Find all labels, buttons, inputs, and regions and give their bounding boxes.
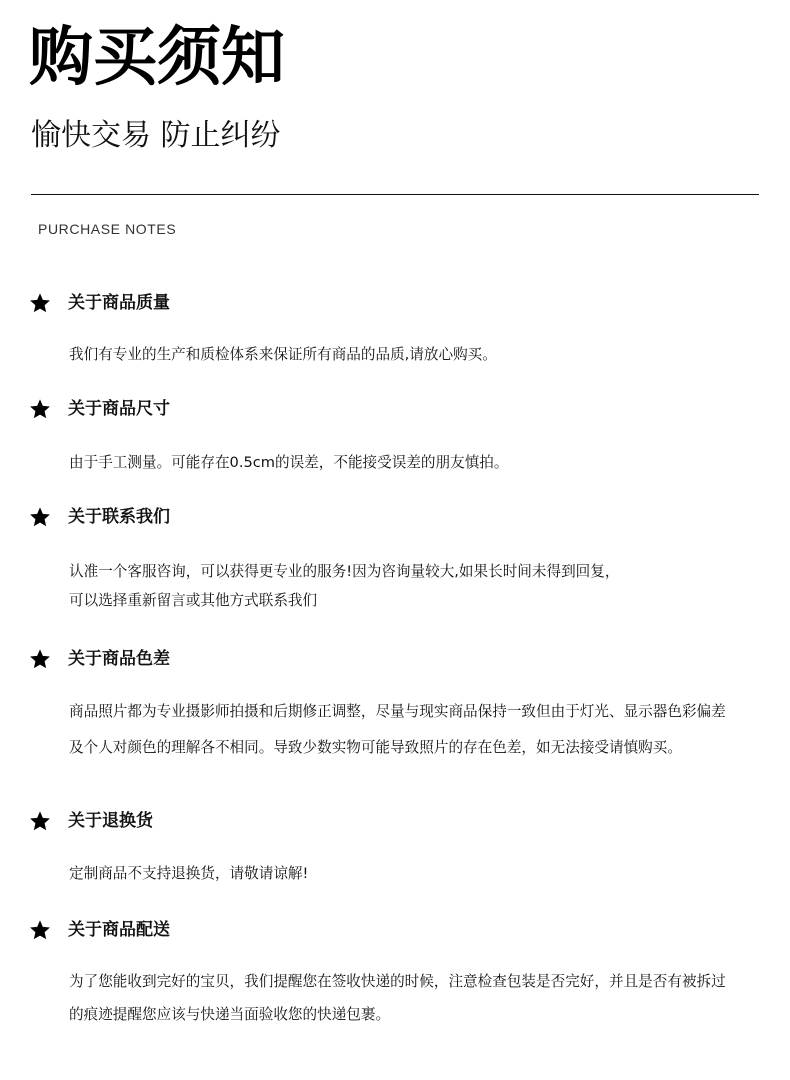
section-body-line: 由于手工测量。可能存在0.5cm的误差，不能接受误差的朋友慎拍。 (69, 453, 769, 473)
section-heading-returns: 关于退换货 (29, 808, 153, 834)
section-body-line: 可以选择重新留言或其他方式联系我们 (69, 591, 769, 611)
section-heading-contact: 关于联系我们 (29, 504, 170, 530)
header-divider (31, 194, 759, 195)
section-body-line: 的痕迹提醒您应该与快递当面验收您的快递包裹。 (69, 1005, 769, 1025)
star-icon (29, 810, 51, 832)
english-section-label: PURCHASE NOTES (38, 219, 176, 239)
star-icon (29, 919, 51, 941)
section-title: 关于商品色差 (68, 646, 170, 672)
section-heading-color: 关于商品色差 (29, 646, 170, 672)
star-icon (29, 398, 51, 420)
star-icon (29, 292, 51, 314)
section-body-line: 定制商品不支持退换货，请敬请谅解! (69, 864, 769, 884)
section-body-returns: 定制商品不支持退换货，请敬请谅解! (69, 864, 769, 884)
section-body-color: 商品照片都为专业摄影师拍摄和后期修正调整，尽量与现实商品保持一致但由于灯光、显示… (69, 702, 769, 758)
section-title: 关于商品质量 (68, 290, 170, 316)
section-body-size: 由于手工测量。可能存在0.5cm的误差，不能接受误差的朋友慎拍。 (69, 453, 769, 473)
section-heading-delivery: 关于商品配送 (29, 917, 170, 943)
section-title: 关于退换货 (68, 808, 153, 834)
section-body-line: 我们有专业的生产和质检体系来保证所有商品的品质,请放心购买。 (69, 345, 769, 365)
section-title: 关于商品尺寸 (68, 396, 170, 422)
section-heading-quality: 关于商品质量 (29, 290, 170, 316)
section-heading-size: 关于商品尺寸 (29, 396, 170, 422)
section-title: 关于联系我们 (68, 504, 170, 530)
page-title: 购买须知 (29, 18, 285, 98)
section-body-delivery: 为了您能收到完好的宝贝，我们提醒您在签收快递的时候，注意检查包装是否完好，并且是… (69, 972, 769, 1025)
section-title: 关于商品配送 (68, 917, 170, 943)
page-subtitle: 愉快交易 防止纠纷 (31, 116, 281, 156)
section-body-line: 及个人对颜色的理解各不相同。导致少数实物可能导致照片的存在色差，如无法接受请慎购… (69, 738, 769, 758)
star-icon (29, 648, 51, 670)
section-body-line: 认准一个客服咨询，可以获得更专业的服务!因为咨询量较大,如果长时间未得到回复， (69, 562, 769, 582)
section-body-quality: 我们有专业的生产和质检体系来保证所有商品的品质,请放心购买。 (69, 345, 769, 365)
section-body-line: 商品照片都为专业摄影师拍摄和后期修正调整，尽量与现实商品保持一致但由于灯光、显示… (69, 702, 769, 722)
star-icon (29, 506, 51, 528)
section-body-contact: 认准一个客服咨询，可以获得更专业的服务!因为咨询量较大,如果长时间未得到回复， … (69, 562, 769, 611)
section-body-line: 为了您能收到完好的宝贝，我们提醒您在签收快递的时候，注意检查包装是否完好，并且是… (69, 972, 769, 992)
